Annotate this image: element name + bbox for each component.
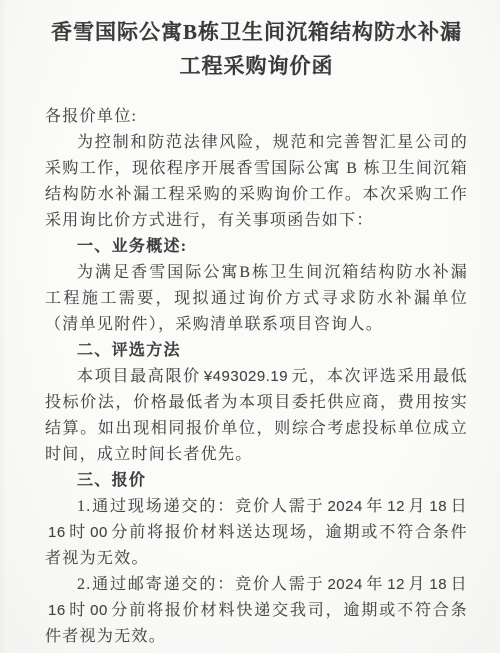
- deadline-day: 18: [429, 576, 447, 593]
- document-title-line2: 工程采购询价函: [45, 49, 468, 83]
- text-segment: 分前将报价材料快递交我司，逾期或不符合条件者视为无效。: [45, 602, 468, 645]
- deadline-year: 2024: [327, 498, 362, 515]
- text-segment: 分前将报价材料送达现场，逾期或不符合条件者视为无效。: [45, 524, 468, 567]
- text-segment: 时: [69, 602, 87, 619]
- text-segment: 本项目最高限价: [77, 368, 201, 385]
- text-segment: 1.通过现场递交的：竞价人需于: [77, 498, 324, 515]
- text-segment: 月: [408, 498, 426, 515]
- text-segment: 年: [366, 576, 384, 593]
- text-segment: 时: [69, 524, 87, 541]
- deadline-year: 2024: [327, 576, 362, 593]
- deadline-hour: 16: [48, 602, 66, 619]
- text-segment: 2.通过邮寄递交的：竞价人需于: [77, 576, 324, 593]
- deadline-month: 12: [387, 576, 405, 593]
- deadline-minute: 00: [90, 602, 108, 619]
- intro-paragraph: 为控制和防范法律风险，规范和完善智汇星公司的采购工作，现依程序开展香雪国际公寓 …: [45, 130, 468, 234]
- max-price-value: ¥493029.19: [204, 368, 288, 385]
- deadline-minute: 00: [90, 524, 108, 541]
- text-segment: 年: [366, 498, 384, 515]
- text-segment: 日: [450, 498, 468, 515]
- section-heading-2: 二、评选方法: [45, 338, 468, 364]
- deadline-day: 18: [429, 498, 447, 515]
- salutation: 各报价单位:: [45, 104, 468, 130]
- document-title-line1: 香雪国际公寓B栋卫生间沉箱结构防水补漏: [45, 15, 468, 49]
- document-body: 各报价单位: 为控制和防范法律风险，规范和完善智汇星公司的采购工作，现依程序开展…: [45, 104, 468, 650]
- text-segment: 月: [408, 576, 426, 593]
- section-heading-1: 一、业务概述:: [45, 234, 468, 260]
- section-3-paragraph-1: 1.通过现场递交的：竞价人需于2024年12月18日16时00分前将报价材料送达…: [45, 494, 468, 572]
- section-1-paragraph: 为满足香雪国际公寓B栋卫生间沉箱结构防水补漏工程施工需要，现拟通过询价方式寻求防…: [45, 260, 468, 338]
- document-page: 香雪国际公寓B栋卫生间沉箱结构防水补漏 工程采购询价函 各报价单位: 为控制和防…: [0, 0, 500, 653]
- deadline-month: 12: [387, 498, 405, 515]
- section-2-paragraph: 本项目最高限价¥493029.19元，本次评选采用最低投标价法，价格最低者为本项…: [45, 364, 468, 468]
- text-segment: 日: [450, 576, 468, 593]
- document-content: 香雪国际公寓B栋卫生间沉箱结构防水补漏 工程采购询价函 各报价单位: 为控制和防…: [45, 0, 468, 650]
- section-heading-3: 三、报价: [45, 468, 468, 494]
- section-3-paragraph-2: 2.通过邮寄递交的：竞价人需于2024年12月18日16时00分前将报价材料快递…: [45, 572, 468, 650]
- document-title: 香雪国际公寓B栋卫生间沉箱结构防水补漏 工程采购询价函: [45, 15, 468, 83]
- deadline-hour: 16: [48, 524, 66, 541]
